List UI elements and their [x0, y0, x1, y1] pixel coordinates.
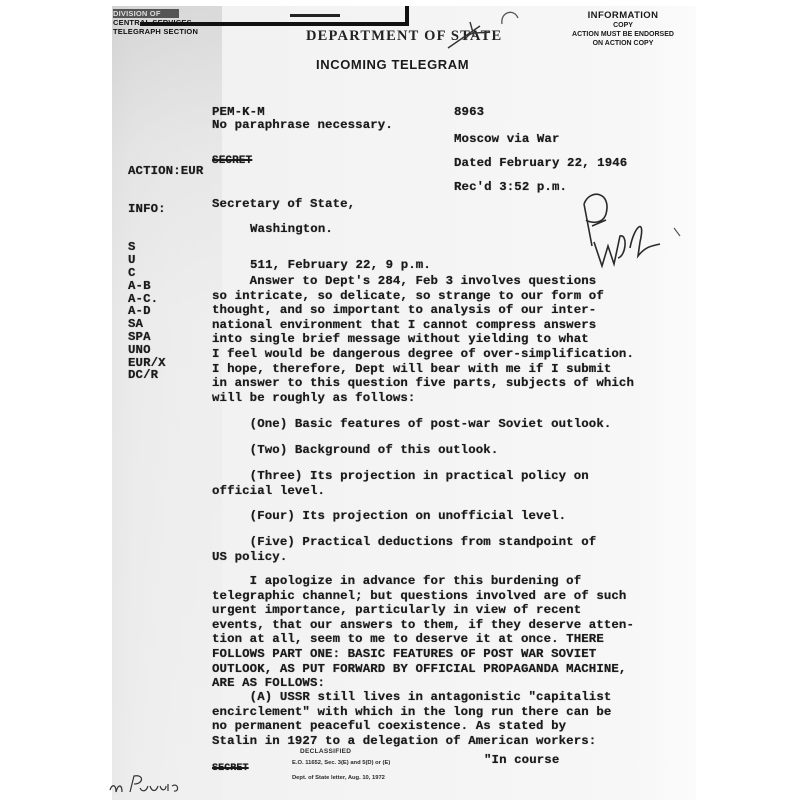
- footer-classification-struck: SECRET: [212, 763, 249, 774]
- routing-office: SPA: [128, 331, 203, 344]
- text-line: national environment that I cannot compr…: [212, 318, 634, 333]
- division-stamp: DIVISION OF CENTRAL SERVICES TELEGRAPH S…: [113, 9, 198, 36]
- handwritten-initials: [570, 186, 690, 276]
- continuation-text: "In course: [484, 753, 559, 767]
- telegram-reference: 511, February 22, 9 p.m.: [250, 258, 431, 272]
- document-title: INCOMING TELEGRAM: [316, 57, 469, 72]
- part-item: (Two) Background of this outlook.: [212, 443, 498, 458]
- routing-office: S: [128, 241, 203, 254]
- part-item: (Five) Practical deductions from standpo…: [212, 535, 596, 564]
- declassified-stamp: DECLASSIFIED: [300, 748, 351, 755]
- info-copy-title: INFORMATION: [548, 10, 698, 21]
- text-line: I apologize in advance for this burdenin…: [212, 574, 634, 589]
- classification-struck: SECRET: [212, 155, 252, 167]
- part-item: (Three) Its projection in practical poli…: [212, 469, 589, 498]
- text-line: no permanent peaceful coexistence. As st…: [212, 719, 611, 734]
- telegram-code: PEM-K-M: [212, 105, 265, 119]
- text-line: official level.: [212, 484, 589, 499]
- text-line: in answer to this question five parts, s…: [212, 376, 634, 391]
- text-line: OUTLOOK, AS PUT FORWARD BY OFFICIAL PROP…: [212, 662, 634, 677]
- telegram-received: Rec'd 3:52 p.m.: [454, 180, 567, 194]
- division-stamp-line: CENTRAL SERVICES: [113, 18, 198, 27]
- declassified-dept-line: Dept. of State letter, Aug. 10, 1972: [292, 775, 385, 781]
- text-line: events, that our answers to them, if the…: [212, 618, 634, 633]
- routing-office: U: [128, 254, 203, 267]
- body-paragraph-apology: I apologize in advance for this burdenin…: [212, 574, 634, 691]
- telegram-number: 8963: [454, 105, 484, 119]
- body-paragraph-intro: Answer to Dept's 284, Feb 3 involves que…: [212, 274, 634, 405]
- text-line: (Five) Practical deductions from standpo…: [212, 535, 596, 550]
- text-line: Answer to Dept's 284, Feb 3 involves que…: [212, 274, 634, 289]
- text-line: thought, and so important to analysis of…: [212, 303, 634, 318]
- text-line: telegraphic channel; but questions invol…: [212, 589, 634, 604]
- text-line: I hope, therefore, Dept will bear with m…: [212, 362, 634, 377]
- information-copy-stamp: INFORMATION COPY ACTION MUST BE ENDORSED…: [548, 10, 698, 48]
- routing-office: UNO: [128, 344, 203, 357]
- text-line: (Three) Its projection in practical poli…: [212, 469, 589, 484]
- routing-offices: SUCA-BA-C.A-DSASPAUNOEUR/XDC/R: [128, 241, 203, 382]
- division-stamp-line: TELEGRAPH SECTION: [113, 27, 198, 36]
- text-line: Stalin in 1927 to a delegation of Americ…: [212, 734, 611, 749]
- text-line: (Four) Its projection on unofficial leve…: [212, 509, 566, 524]
- addressee-line: Washington.: [250, 222, 333, 236]
- info-copy-note: ACTION MUST BE ENDORSED: [548, 30, 698, 39]
- part-item: (Four) Its projection on unofficial leve…: [212, 509, 566, 524]
- paraphrase-note: No paraphrase necessary.: [212, 118, 393, 132]
- text-line: (A) USSR still lives in antagonistic "ca…: [212, 690, 611, 705]
- body-paragraph-point-a: (A) USSR still lives in antagonistic "ca…: [212, 690, 611, 748]
- handwritten-russia-note: [104, 772, 194, 798]
- text-line: encirclement" with which in the long run…: [212, 705, 611, 720]
- text-line: US policy.: [212, 550, 596, 565]
- punch-hole-mark: [498, 6, 522, 30]
- declassified-eo-line: E.O. 11652, Sec. 3(E) and 5(D) or (E): [292, 760, 390, 766]
- addressee-line: Secretary of State,: [212, 197, 355, 211]
- text-line: FOLLOWS PART ONE: BASIC FEATURES OF POST…: [212, 647, 634, 662]
- routing-action: ACTION:EUR: [128, 165, 203, 178]
- routing-office: C: [128, 267, 203, 280]
- routing-list: ACTION:EUR INFO: SUCA-BA-C.A-DSASPAUNOEU…: [128, 139, 203, 395]
- text-line: (Two) Background of this outlook.: [212, 443, 498, 458]
- telegram-dated: Dated February 22, 1946: [454, 156, 627, 170]
- division-stamp-line: DIVISION OF: [113, 9, 179, 18]
- telegram-origin: Moscow via War: [454, 132, 560, 146]
- text-line: I feel would be dangerous degree of over…: [212, 347, 634, 362]
- text-line: into single brief message without yieldi…: [212, 332, 634, 347]
- routing-office: A-B: [128, 280, 203, 293]
- text-line: (One) Basic features of post-war Soviet …: [212, 417, 611, 432]
- text-line: will be roughly as follows:: [212, 391, 634, 406]
- text-line: so intricate, so delicate, so strange to…: [212, 289, 634, 304]
- text-line: tion at all, seem to me to deserve it at…: [212, 632, 634, 647]
- info-copy-note: ON ACTION COPY: [548, 39, 698, 48]
- part-item: (One) Basic features of post-war Soviet …: [212, 417, 611, 432]
- routing-office: DC/R: [128, 369, 203, 382]
- handwritten-mark: [440, 18, 500, 58]
- text-line: ARE AS FOLLOWS:: [212, 676, 634, 691]
- text-line: urgent importance, particularly in view …: [212, 603, 634, 618]
- info-copy-subtitle: COPY: [548, 21, 698, 30]
- routing-info-label: INFO:: [128, 203, 203, 216]
